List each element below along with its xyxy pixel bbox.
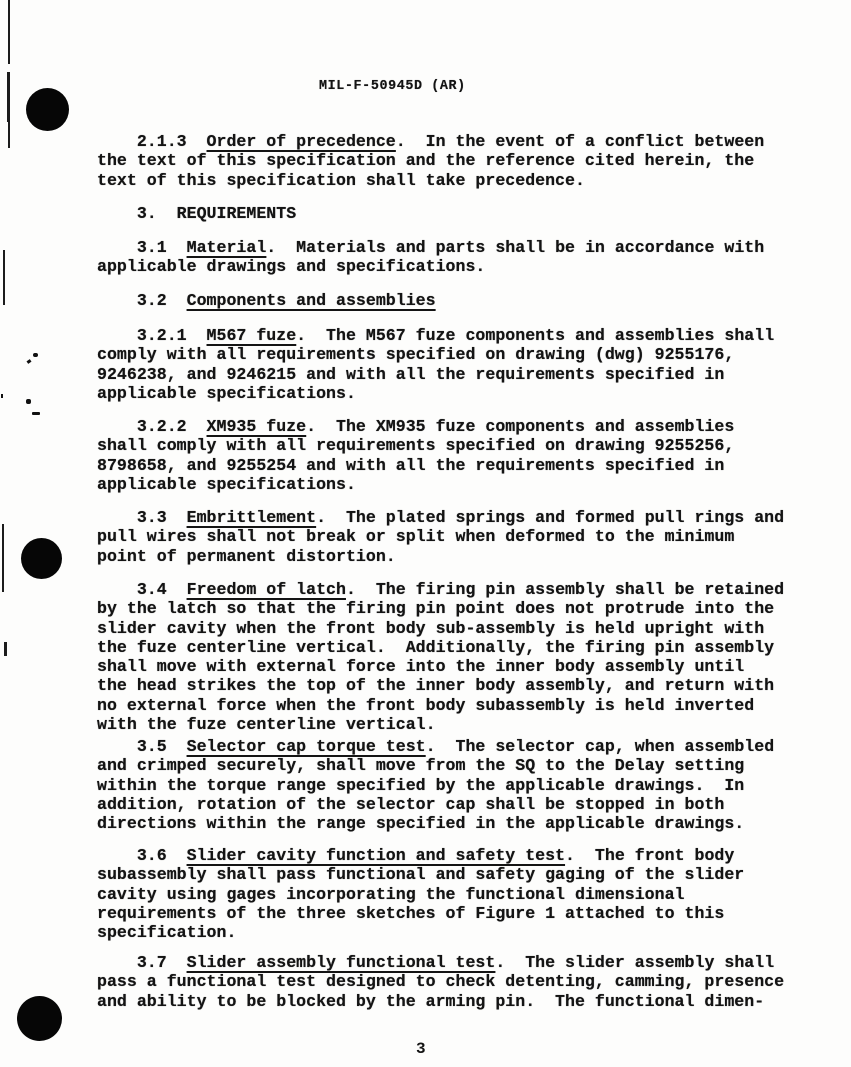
section-number: 3.2.2	[97, 417, 207, 436]
section-text: . The slider assembly shall	[495, 953, 774, 972]
section-title: Selector cap torque test	[187, 737, 426, 756]
text-line: directions within the range specified in…	[97, 814, 774, 833]
section-title: Material	[187, 238, 267, 257]
scan-edge-line	[2, 524, 4, 592]
section-text: . The front body	[565, 846, 734, 865]
section-text: . Materials and parts shall be in accord…	[266, 238, 764, 257]
section-text: . The plated springs and formed pull rin…	[316, 508, 784, 527]
section-3-4: 3.4 Freedom of latch. The firing pin ass…	[97, 580, 784, 734]
text-line: 3. REQUIREMENTS	[97, 204, 296, 223]
text-line: 3.2 Components and assemblies	[97, 291, 436, 310]
text-line: and ability to be blocked by the arming …	[97, 992, 784, 1011]
section-2-1-3: 2.1.3 Order of precedence. In the event …	[97, 132, 764, 190]
section-title: XM935 fuze	[207, 417, 307, 436]
text-line: slider cavity when the front body sub-as…	[97, 619, 784, 638]
text-line: the text of this specification and the r…	[97, 151, 764, 170]
text-line: cavity using gages incorporating the fun…	[97, 885, 744, 904]
scan-edge-line	[8, 122, 10, 148]
section-number: 3.5	[97, 737, 187, 756]
text-line: addition, rotation of the selector cap s…	[97, 795, 774, 814]
section-title: Embrittlement	[187, 508, 316, 527]
text-line: the head strikes the top of the inner bo…	[97, 676, 784, 695]
section-text: . In the event of a conflict between	[396, 132, 764, 151]
section-number: 3.2.1	[97, 326, 207, 345]
document-header: MIL-F-50945D (AR)	[319, 79, 466, 94]
scan-speck	[1, 394, 3, 398]
text-line: subassembly shall pass functional and sa…	[97, 865, 744, 884]
text-line: requirements of the three sketches of Fi…	[97, 904, 744, 923]
punch-hole-mark	[21, 538, 62, 579]
text-line: 3.1 Material. Materials and parts shall …	[97, 238, 764, 257]
section-text: . The firing pin assembly shall be retai…	[346, 580, 784, 599]
section-title: M567 fuze	[207, 326, 297, 345]
text-line: pull wires shall not break or split when…	[97, 527, 784, 546]
section-number: 3.7	[97, 953, 187, 972]
text-line: applicable drawings and specifications.	[97, 257, 764, 276]
text-line: the fuze centerline vertical. Additional…	[97, 638, 784, 657]
section-number: 3.6	[97, 846, 187, 865]
page-number: 3	[416, 1040, 426, 1058]
section-3-2: 3.2 Components and assemblies	[97, 291, 436, 310]
section-3-3: 3.3 Embrittlement. The plated springs an…	[97, 508, 784, 566]
text-line: shall move with external force into the …	[97, 657, 784, 676]
section-3-5: 3.5 Selector cap torque test. The select…	[97, 737, 774, 833]
text-line: 9246238, and 9246215 and with all the re…	[97, 365, 774, 384]
section-title: Order of precedence	[207, 132, 396, 151]
text-line: 8798658, and 9255254 and with all the re…	[97, 456, 734, 475]
text-line: 3.3 Embrittlement. The plated springs an…	[97, 508, 784, 527]
punch-hole-mark	[26, 88, 69, 131]
section-3-1: 3.1 Material. Materials and parts shall …	[97, 238, 764, 277]
text-line: 3.4 Freedom of latch. The firing pin ass…	[97, 580, 784, 599]
section-title: Freedom of latch	[187, 580, 346, 599]
section-heading: 3. REQUIREMENTS	[97, 204, 296, 223]
text-line: 3.2.2 XM935 fuze. The XM935 fuze compone…	[97, 417, 734, 436]
scan-speck	[33, 353, 38, 357]
section-3-7: 3.7 Slider assembly functional test. The…	[97, 953, 784, 1011]
text-line: and crimped securely, shall move from th…	[97, 756, 774, 775]
section-3-requirements: 3. REQUIREMENTS	[97, 204, 296, 223]
text-line: applicable specifications.	[97, 384, 774, 403]
section-3-6: 3.6 Slider cavity function and safety te…	[97, 846, 744, 942]
section-text: . The selector cap, when assembled	[426, 737, 775, 756]
scan-edge-line	[4, 642, 7, 656]
scan-speck	[27, 359, 32, 364]
punch-hole-mark	[17, 996, 62, 1041]
section-3-2-2: 3.2.2 XM935 fuze. The XM935 fuze compone…	[97, 417, 734, 494]
text-line: 2.1.3 Order of precedence. In the event …	[97, 132, 764, 151]
text-line: shall comply with all requirements speci…	[97, 436, 734, 455]
section-number: 3.2	[97, 291, 187, 310]
text-line: 3.6 Slider cavity function and safety te…	[97, 846, 744, 865]
text-line: 3.2.1 M567 fuze. The M567 fuze component…	[97, 326, 774, 345]
text-line: applicable specifications.	[97, 475, 734, 494]
section-number: 3.3	[97, 508, 187, 527]
text-line: within the torque range specified by the…	[97, 776, 774, 795]
text-line: specification.	[97, 923, 744, 942]
section-number: 2.1.3	[97, 132, 207, 151]
text-line: by the latch so that the firing pin poin…	[97, 599, 784, 618]
scan-edge-line	[7, 72, 10, 122]
scan-edge-line	[8, 0, 10, 64]
text-line: point of permanent distortion.	[97, 547, 784, 566]
scanned-document-page: MIL-F-50945D (AR) 2.1.3 Order of precede…	[0, 0, 851, 1067]
section-number: 3.1	[97, 238, 187, 257]
scan-edge-line	[3, 250, 5, 305]
section-title: Slider assembly functional test	[187, 953, 496, 972]
scan-speck	[26, 399, 31, 404]
scan-speck	[32, 412, 40, 415]
text-line: comply with all requirements specified o…	[97, 345, 774, 364]
section-number: 3.4	[97, 580, 187, 599]
text-line: no external force when the front body su…	[97, 696, 784, 715]
text-line: 3.5 Selector cap torque test. The select…	[97, 737, 774, 756]
section-3-2-1: 3.2.1 M567 fuze. The M567 fuze component…	[97, 326, 774, 403]
text-line: 3.7 Slider assembly functional test. The…	[97, 953, 784, 972]
section-text: . The M567 fuze components and assemblie…	[296, 326, 774, 345]
section-text: . The XM935 fuze components and assembli…	[306, 417, 734, 436]
text-line: with the fuze centerline vertical.	[97, 715, 784, 734]
section-title: Components and assemblies	[187, 291, 436, 310]
text-line: pass a functional test designed to check…	[97, 972, 784, 991]
text-line: text of this specification shall take pr…	[97, 171, 764, 190]
section-title: Slider cavity function and safety test	[187, 846, 565, 865]
